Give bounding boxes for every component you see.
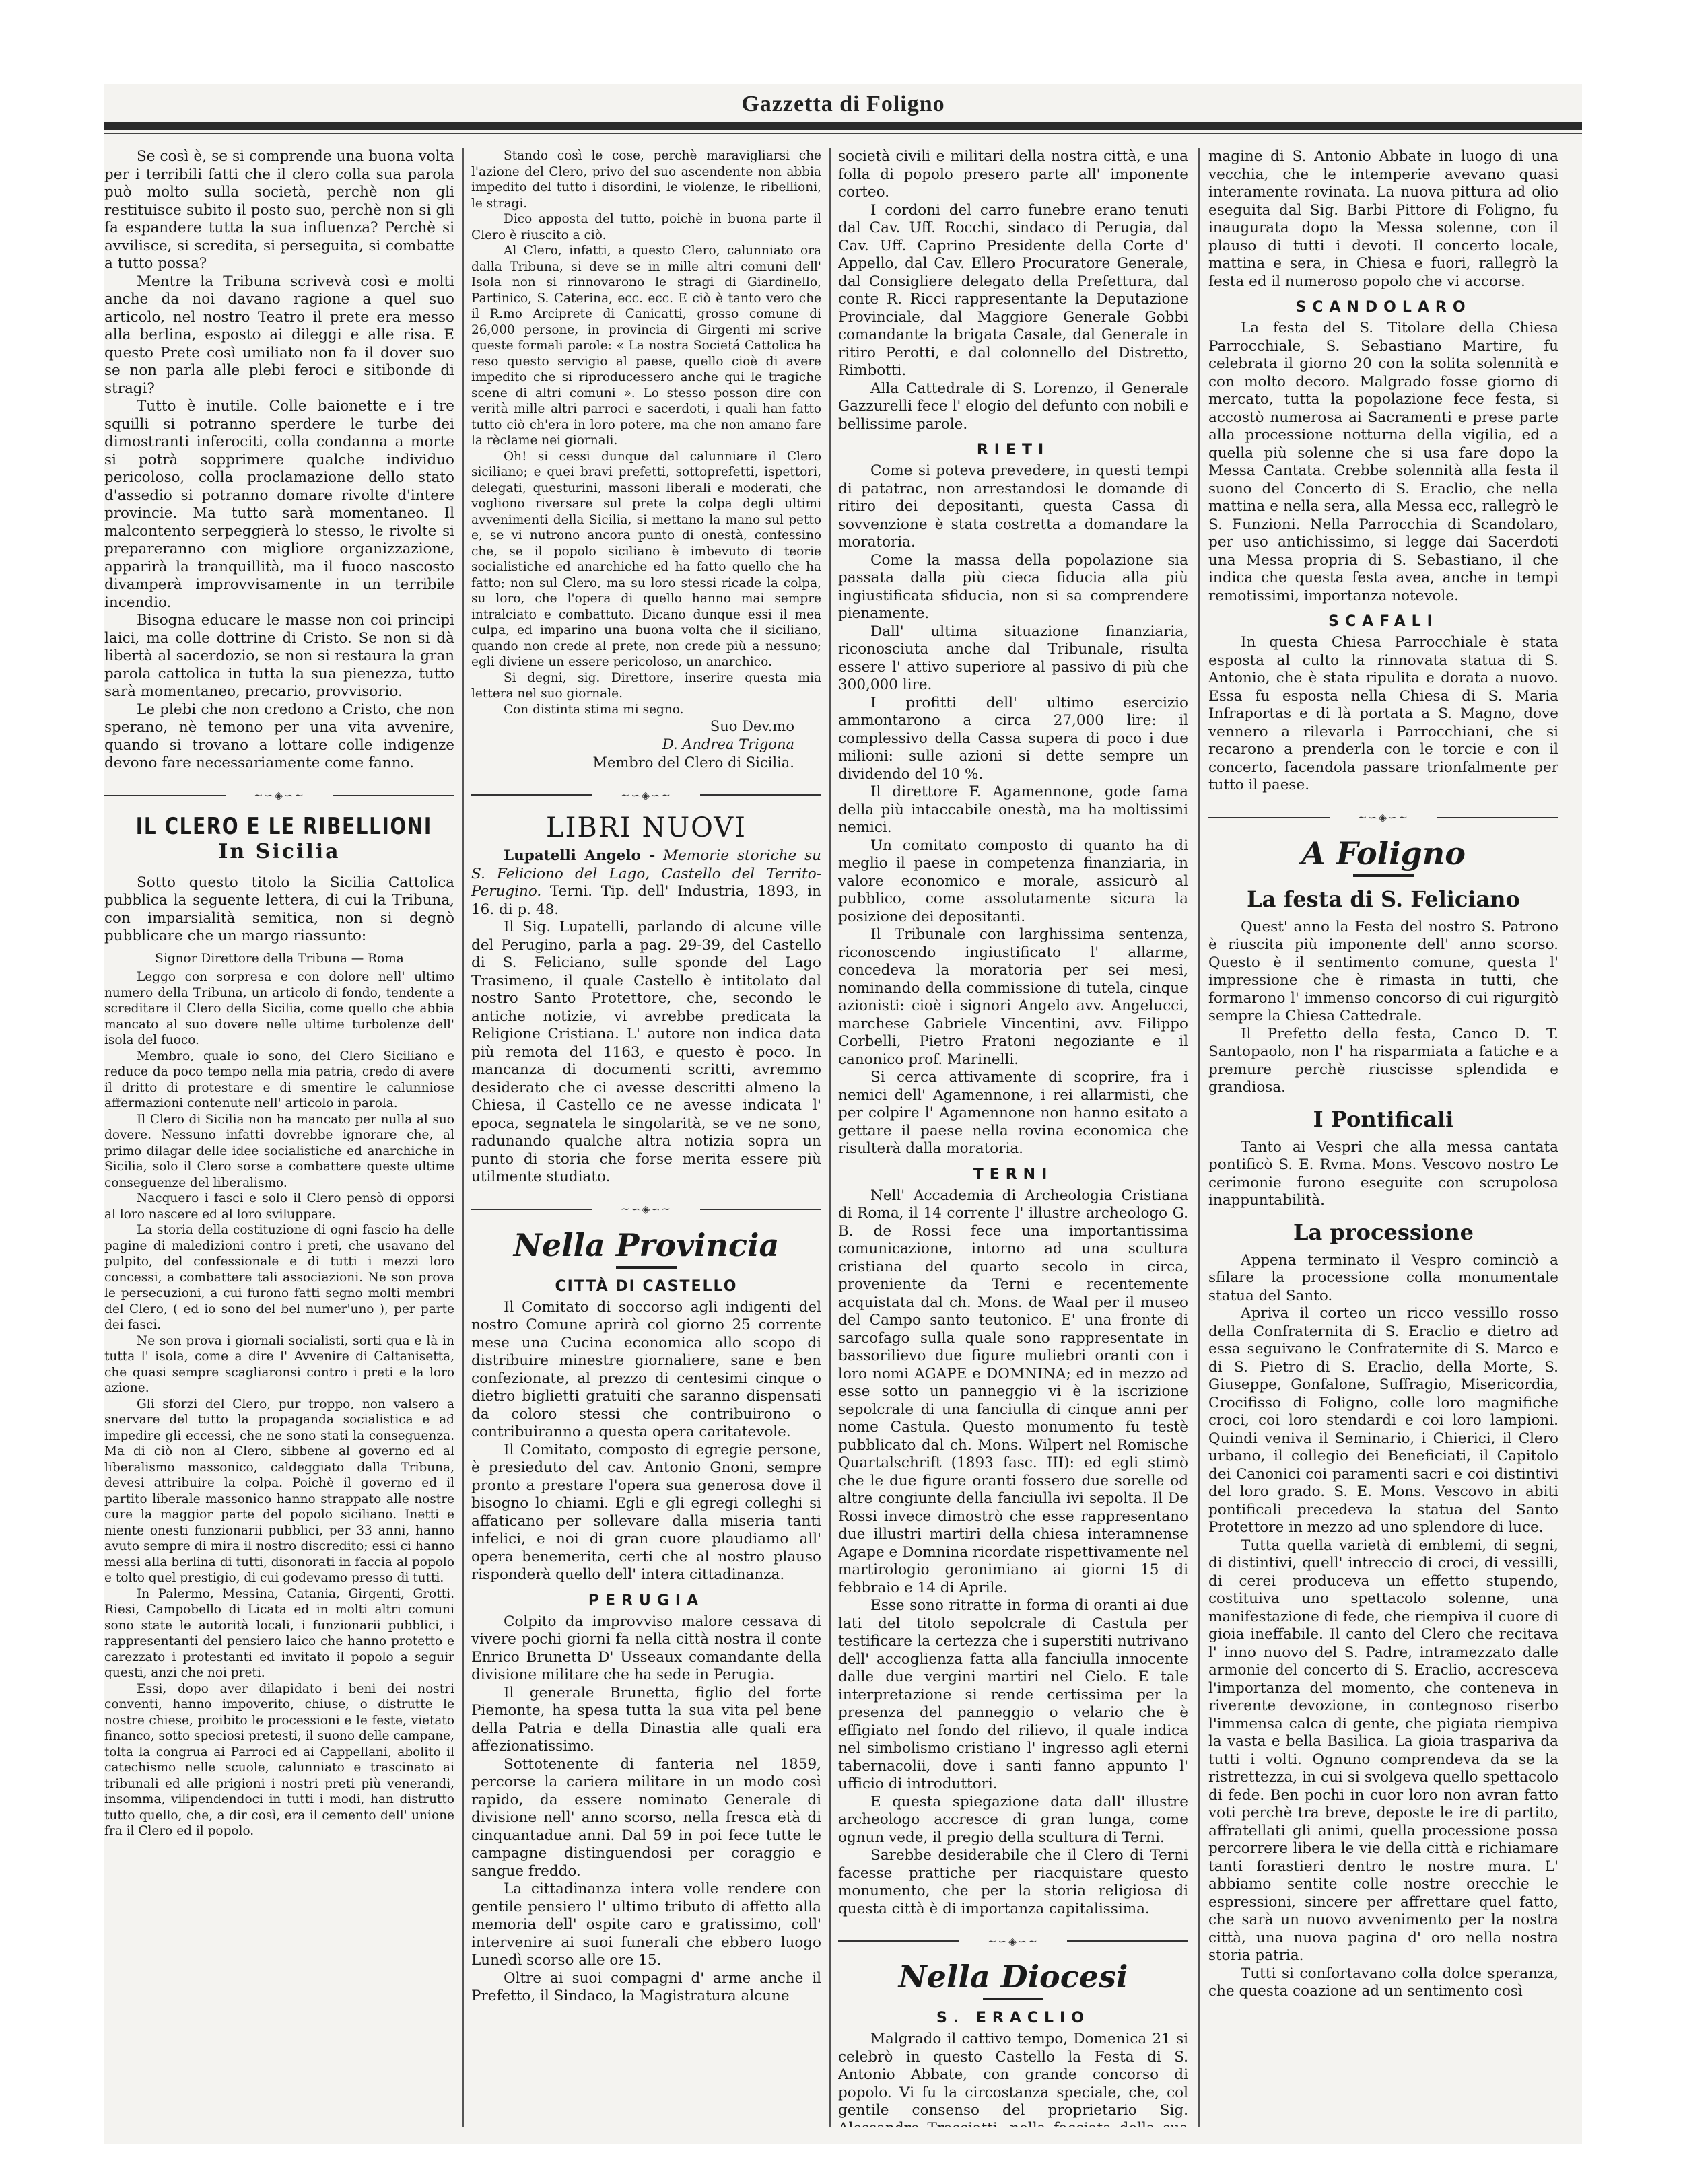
paragraph: Se così è, se si comprende una buona vol… [104,148,454,273]
divider-line [838,1940,959,1942]
article-title-processione: La processione [1208,1220,1558,1245]
letter-paragraph: Gli sforzi del Clero, pur troppo, non va… [104,1397,454,1586]
paragraph: I cordoni del carro funebre erano tenuti… [838,202,1188,380]
title-underline [983,1998,1043,2000]
letter-paragraph: Con distinta stima mi segno. [471,702,821,718]
paragraph: Alla Cattedrale di S. Lorenzo, il Genera… [838,380,1188,434]
paragraph: In questa Chiesa Parrocchiale è stata es… [1208,634,1558,795]
section-title-nella-diocesi: Nella Diocesi [838,1959,1188,1995]
column-4: magine di S. Antonio Abbate in luogo di … [1208,148,1558,2127]
column-2: Stando così le cose, perchè maravigliars… [471,148,821,2127]
flourish-icon: ~∽◈∽~ [959,1935,1067,1948]
flourish-icon: ~∽◈∽~ [592,789,700,802]
title-underline [1353,874,1414,877]
paragraph: La cittadinanza intera volle rendere con… [471,1880,821,1970]
letter-continuation: Stando così le cose, perchè maravigliars… [471,148,821,717]
divider-line [700,794,821,796]
section-title-a-foligno: A Foligno [1208,835,1558,872]
paragraph: Malgrado il cattivo tempo, Domenica 21 s… [838,2031,1188,2127]
signature-name: D. Andrea Trigona [471,736,794,754]
signature-block: Suo Dev.mo D. Andrea Trigona Membro del … [471,717,821,772]
ornamental-divider: ~∽◈∽~ [471,788,821,802]
flourish-icon: ~∽◈∽~ [1330,811,1437,824]
paragraph: Dall' ultima situazione finanziaria, ric… [838,623,1188,695]
divider-line [333,795,454,796]
masthead: Gazzetta di Foligno [104,84,1582,125]
divider-line [104,795,226,796]
signature-closing: Suo Dev.mo [471,717,794,736]
column-divider [462,148,464,2127]
newspaper-page: Gazzetta di Foligno Se così è, se si com… [104,84,1582,2144]
column-3: società civili e militari della nostra c… [838,148,1188,2127]
article-title-festa-s-feliciano: La festa di S. Feliciano [1208,886,1558,912]
letter-salutation: Signor Direttore della Tribuna — Roma [104,951,454,967]
paragraph: Il generale Brunetta, figlio del forte P… [471,1685,821,1756]
subsection-rieti: RIETI [838,442,1188,458]
paragraph: Un comitato composto di quanto ha di meg… [838,837,1188,927]
letter-paragraph: La storia della costituzione di ogni fas… [104,1222,454,1333]
section-title-libri-nuovi: LIBRI NUOVI [471,812,821,843]
paragraph: Il Prefetto della festa, Canco D. T. San… [1208,1026,1558,1097]
letter-paragraph: Oh! si cessi dunque dal calunniare il Cl… [471,449,821,670]
divider-line [700,1209,821,1210]
subsection-perugia: PERUGIA [471,1592,821,1609]
paragraph: Tutta quella varietà di emblemi, di segn… [1208,1537,1558,1965]
divider-line [1437,817,1558,818]
paragraph: Appena terminato il Vespro cominciò a sf… [1208,1252,1558,1306]
article-subtitle: In Sicilia [104,840,454,864]
paragraph: magine di S. Antonio Abbate in luogo di … [1208,148,1558,291]
paragraph: Come la massa della popolazione sia pass… [838,552,1188,623]
letter-paragraph: Al Clero, infatti, a questo Clero, calun… [471,243,821,449]
subsection-scafali: SCAFALI [1208,613,1558,630]
letter-body: Signor Direttore della Tribuna — Roma Le… [104,951,454,1839]
ornamental-divider: ~∽◈∽~ [471,1203,821,1216]
paragraph: società civili e militari della nostra c… [838,148,1188,202]
paragraph: Mentre la Tribuna scrivevà così e molti … [104,273,454,398]
book-author: Lupatelli Angelo - [504,847,655,864]
paragraph: Tutti si confortavano colla dolce speran… [1208,1965,1558,2001]
divider-line [471,794,592,796]
paragraph: Tutto è inutile. Colle baionette e i tre… [104,398,454,612]
article-title-pontificali: I Pontificali [1208,1106,1558,1132]
paragraph: Esse sono ritratte in forma di oranti ai… [838,1597,1188,1794]
column-divider [829,148,831,2127]
subsection-citta-di-castello: CITTÀ DI CASTELLO [471,1278,821,1295]
letter-paragraph: Dico apposta del tutto, poichè in buona … [471,211,821,243]
article-title: IL CLERO E LE RIBELLIONI [136,813,423,840]
letter-paragraph: Essi, dopo aver dilapidato i beni dei no… [104,1681,454,1839]
paragraph: I profitti dell' ultimo esercizio ammont… [838,695,1188,784]
subsection-terni: TERNI [838,1166,1188,1183]
paragraph: Le plebi che non credono a Cristo, che n… [104,701,454,773]
ornamental-divider: ~∽◈∽~ [838,1934,1188,1948]
masthead-rule-thick [104,122,1582,130]
divider-line [471,1209,592,1210]
letter-paragraph: Nacquero i fasci e solo il Clero pensò d… [104,1191,454,1222]
paragraph: Colpito da improvviso malore cessava di … [471,1613,821,1685]
letter-paragraph: Stando così le cose, perchè maravigliars… [471,148,821,211]
paragraph: Sottotenente di fanteria nel 1859, perco… [471,1756,821,1881]
paragraph: Oltre ai suoi compagni d' arme anche il … [471,1970,821,2006]
book-review: Il Sig. Lupatelli, parlando di alcune vi… [471,919,821,1187]
letter-paragraph: Si degni, sig. Direttore, inserire quest… [471,670,821,702]
subsection-scandolaro: SCANDOLARO [1208,299,1558,316]
divider-line [1067,1940,1188,1942]
flourish-icon: ~∽◈∽~ [592,1203,700,1216]
flourish-icon: ~∽◈∽~ [226,789,333,802]
paragraph: Il Comitato, composto di egregie persone… [471,1442,821,1584]
book-entry: Lupatelli Angelo - Memorie storiche su S… [471,847,821,919]
section-title-nella-provincia: Nella Provincia [471,1227,821,1263]
column-1: Se così è, se si comprende una buona vol… [104,148,454,2127]
paragraph: Tanto ai Vespri che alla messa cantata p… [1208,1139,1558,1210]
letter-paragraph: In Palermo, Messina, Catania, Girgenti, … [104,1586,454,1681]
masthead-rule-thin [104,133,1582,134]
letter-paragraph: Ne son prova i giornali socialisti, sort… [104,1333,454,1397]
paragraph: La festa del S. Titolare della Chiesa Pa… [1208,320,1558,605]
paragraph: Come si poteva prevedere, in questi temp… [838,462,1188,552]
paragraph: Nell' Accademia di Archeologia Cristiana… [838,1187,1188,1598]
letter-paragraph: Membro, quale io sono, del Clero Sicilia… [104,1049,454,1112]
paragraph: Si cerca attivamente di scoprire, fra i … [838,1069,1188,1158]
paragraph: Il Comitato di soccorso agli indigenti d… [471,1299,821,1442]
paragraph: E questa spiegazione data dall' illustre… [838,1794,1188,1847]
ornamental-divider: ~∽◈∽~ [1208,811,1558,824]
article-intro: Sotto questo titolo la Sicilia Cattolica… [104,874,454,946]
paragraph: Il direttore F. Agamennone, gode fama de… [838,783,1188,837]
column-divider [1198,148,1200,2127]
letter-paragraph: Leggo con sorpresa e con dolore nell' ul… [104,969,454,1049]
subsection-s-eraclio: S. ERACLIO [838,2010,1188,2027]
letter-paragraph: Il Clero di Sicilia non ha mancato per n… [104,1112,454,1191]
signature-role: Membro del Clero di Sicilia. [471,754,794,772]
divider-line [1208,817,1330,818]
paragraph: Il Tribunale con larghissima sentenza, r… [838,926,1188,1069]
paragraph: Sarebbe desiderabile che il Clero di Ter… [838,1847,1188,1918]
paragraph: Apriva il corteo un ricco vessillo rosso… [1208,1305,1558,1537]
paragraph: Bisogna educare le masse non coi princip… [104,612,454,701]
newspaper-title: Gazzetta di Foligno [741,92,944,116]
ornamental-divider: ~∽◈∽~ [104,789,454,802]
paragraph: Quest' anno la Festa del nostro S. Patro… [1208,919,1558,1026]
title-underline [616,1266,677,1269]
